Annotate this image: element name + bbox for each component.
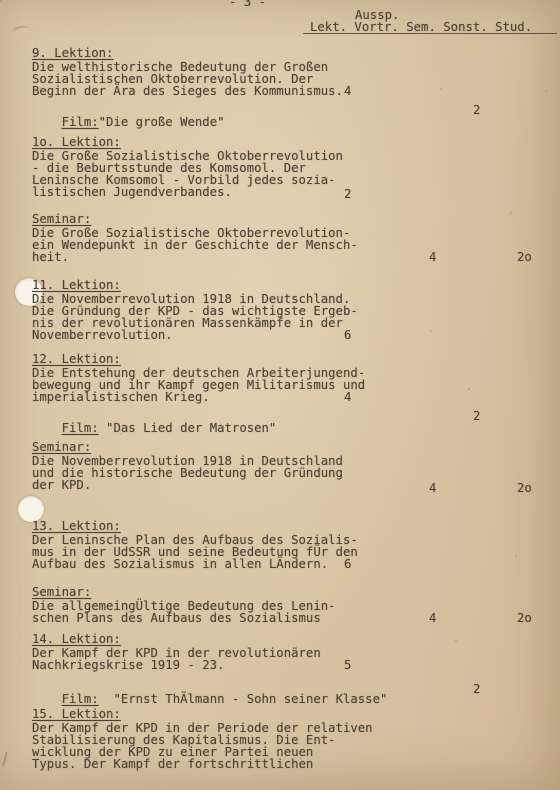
section-heading: 12. Lektion: <box>32 353 560 365</box>
section-heading: 13. Lektion: <box>32 520 560 532</box>
hours-sem: 4 <box>429 612 436 624</box>
hours-sonst: 2 <box>473 104 480 116</box>
pencil-mark <box>12 24 29 35</box>
hours-lekt: 4 <box>344 85 351 97</box>
section-heading: 1o. Lektion: <box>32 136 560 148</box>
section-body: Die Entstehung der deutschen Arbeiterjun… <box>32 367 382 403</box>
film-label: Film: <box>62 421 99 435</box>
section-lektion-15: 15. Lektion: Der Kampf der KPD in der Pe… <box>32 708 560 770</box>
hours-stud: 2o <box>517 612 532 624</box>
section-body: Die Novemberrevolution 1918 in Deutschla… <box>32 455 382 491</box>
section-body: Der Leninsche Plan des Aufbaus des Sozia… <box>32 534 382 570</box>
hours-sem: 4 <box>429 482 436 494</box>
hours-stud: 2o <box>517 482 532 494</box>
section-heading: Seminar: <box>32 441 560 453</box>
section-seminar-3: Seminar: Die allgemeingÜltige Bedeutung … <box>32 586 560 624</box>
section-seminar-1: Seminar: Die Große Sozialistische Oktobe… <box>32 213 560 263</box>
section-body: Die Große Sozialistische Oktoberrevoluti… <box>32 150 382 198</box>
hours-stud: 2o <box>517 251 532 263</box>
section-heading: Seminar: <box>32 213 560 225</box>
table-column-header: Lekt. Vortr. Sem. Sonst. Stud. <box>303 21 557 34</box>
section-heading: 11. Lektion: <box>32 279 560 291</box>
scanned-document-page: - 3 - Aussp. Lekt. Vortr. Sem. Sonst. St… <box>0 0 560 790</box>
film-label: Film: <box>62 115 99 129</box>
section-body: Die allgemeingÜltige Bedeutung des Lenin… <box>32 600 382 624</box>
section-lektion-14: 14. Lektion: Der Kampf der KPD in der re… <box>32 633 560 671</box>
film-label: Film: <box>62 692 99 706</box>
hours-lekt: 4 <box>344 391 351 403</box>
section-seminar-2: Seminar: Die Novemberrevolution 1918 in … <box>32 441 560 491</box>
hours-lekt: 6 <box>344 329 351 341</box>
hours-sonst: 2 <box>473 683 480 695</box>
page-number: - 3 - <box>229 0 266 8</box>
film-title: "Die große Wende" <box>99 115 225 129</box>
section-lektion-13: 13. Lektion: Der Leninsche Plan des Aufb… <box>32 520 560 570</box>
edge-mark <box>2 752 7 766</box>
section-lektion-11: 11. Lektion: Die Novemberrevolution 1918… <box>32 279 560 341</box>
section-body: Der Kampf der KPD in der revolutionären … <box>32 647 382 671</box>
section-body: Die welthistorische Bedeutung der Großen… <box>32 61 382 97</box>
hours-sonst: 2 <box>473 410 480 422</box>
section-body: Die Novemberrevolution 1918 in Deutschla… <box>32 293 382 341</box>
hours-sem: 4 <box>429 251 436 263</box>
hours-lekt: 2 <box>344 188 351 200</box>
section-body: Der Kampf der KPD in der Periode der rel… <box>32 722 382 770</box>
film-title: "Das Lied der Matrosen" <box>99 421 277 435</box>
section-lektion-10: 1o. Lektion: Die Große Sozialistische Ok… <box>32 136 560 198</box>
section-heading: 15. Lektion: <box>32 708 560 720</box>
section-heading: Seminar: <box>32 586 560 598</box>
hours-lekt: 5 <box>344 659 351 671</box>
section-heading: 14. Lektion: <box>32 633 560 645</box>
section-lektion-12: 12. Lektion: Die Entstehung der deutsche… <box>32 353 560 403</box>
film-title: "Ernst ThÄlmann - Sohn seiner Klasse" <box>99 692 388 706</box>
section-heading: 9. Lektion: <box>32 47 560 59</box>
section-lektion-9: 9. Lektion: Die welthistorische Bedeutun… <box>32 47 560 97</box>
section-body: Die Große Sozialistische Oktoberrevoluti… <box>32 227 382 263</box>
paper-specks <box>0 0 2 2</box>
hours-lekt: 6 <box>344 558 351 570</box>
